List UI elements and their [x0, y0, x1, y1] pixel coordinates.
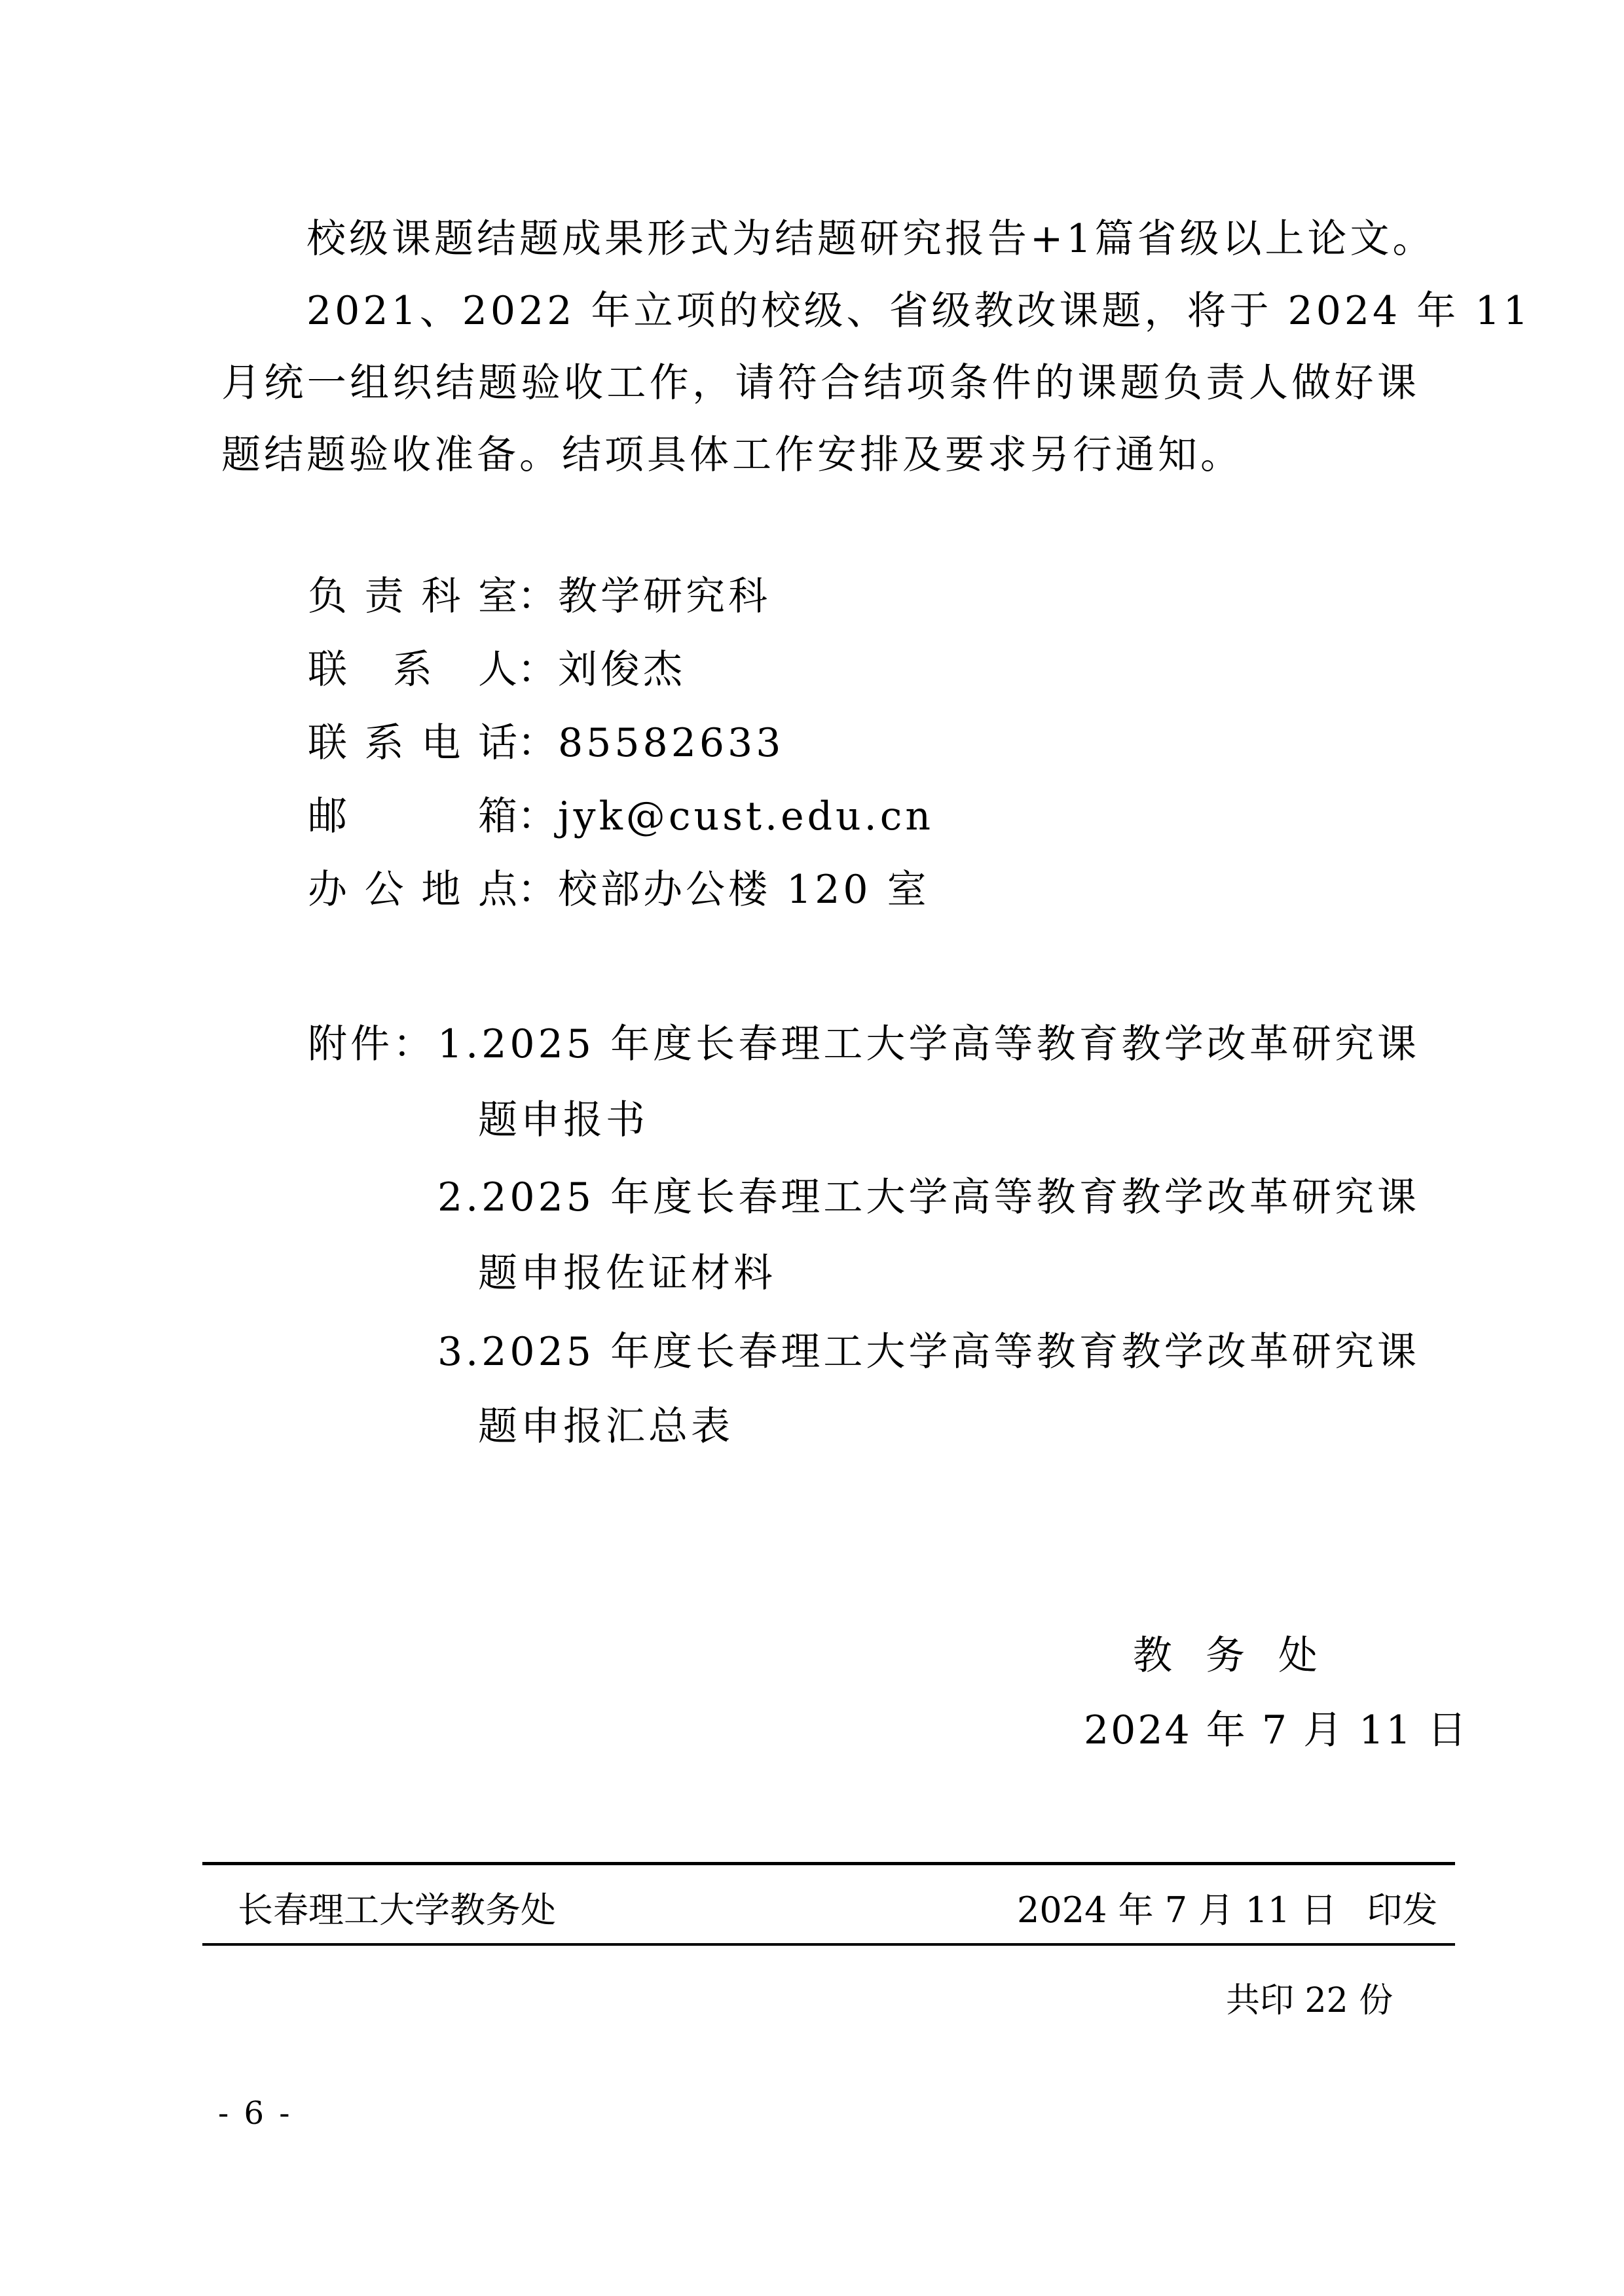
contact-person-value: 刘俊杰 [558, 647, 686, 693]
attachment-1-line-1: 1.2025 年度长春理工大学高等教育教学改革研究课 [437, 1021, 1420, 1067]
contact-person-row: 联 系 人 ： 刘俊杰 [308, 647, 686, 693]
footer-issue-date: 2024 年 7 月 11 日 [1017, 1889, 1337, 1931]
footer-issue-info: 2024 年 7 月 11 日印发 [1017, 1891, 1437, 1930]
contact-phone-value: 85582633 [558, 720, 784, 766]
paragraph-2-line-2: 月统一组织结题验收工作，请符合结项条件的课题负责人做好课 [221, 360, 1420, 406]
attachments-label: 附件： [308, 1021, 435, 1067]
contact-label: 负责科室 [308, 574, 517, 619]
contact-office-value: 校部办公楼 120 室 [558, 867, 930, 913]
footer-issuer: 长春理工大学教务处 [238, 1891, 556, 1930]
contact-label: 办公地点 [308, 867, 517, 913]
signature-date: 2024 年 7 月 11 日 [1084, 1707, 1469, 1753]
contact-label: 联系电话 [308, 720, 517, 766]
signature-organization: 教务处 [1133, 1633, 1318, 1679]
contact-department-row: 负责科室 ： 教学研究科 [308, 574, 771, 619]
contact-phone-row: 联系电话 ： 85582633 [308, 720, 784, 766]
footer-bottom-rule [202, 1943, 1455, 1946]
footer-issue-label: 印发 [1367, 1889, 1437, 1931]
attachment-3-line-2: 题申报汇总表 [478, 1404, 733, 1449]
attachment-2-line-1: 2.2025 年度长春理工大学高等教育教学改革研究课 [437, 1175, 1420, 1220]
contact-label: 邮 箱 [308, 793, 517, 839]
contact-email-row: 邮 箱 ： jyk@cust.edu.cn [308, 793, 934, 839]
print-copies: 共印 22 份 [1226, 1981, 1393, 2020]
paragraph-1-line-1: 校级课题结题成果形式为结题研究报告+1篇省级以上论文。 [306, 216, 1420, 262]
contact-label: 联 系 人 [308, 647, 517, 693]
contact-department-value: 教学研究科 [558, 574, 771, 619]
paragraph-2-line-3: 题结题验收准备。结项具体工作安排及要求另行通知。 [221, 432, 1420, 478]
document-page: 校级课题结题成果形式为结题研究报告+1篇省级以上论文。 2021、2022 年立… [0, 0, 1624, 2296]
contact-colon: ： [517, 574, 558, 619]
contact-colon: ： [517, 647, 558, 693]
contact-colon: ： [517, 720, 558, 766]
contact-colon: ： [517, 793, 558, 839]
attachment-2-line-2: 题申报佐证材料 [478, 1250, 776, 1296]
contact-colon: ： [517, 867, 558, 913]
paragraph-2-line-1: 2021、2022 年立项的校级、省级教改课题，将于 2024 年 11 [306, 288, 1420, 334]
attachment-1-line-2: 题申报书 [478, 1097, 648, 1143]
contact-office-row: 办公地点 ： 校部办公楼 120 室 [308, 867, 930, 913]
contact-email-value: jyk@cust.edu.cn [558, 793, 934, 839]
page-number: - 6 - [218, 2095, 293, 2132]
footer-top-rule [202, 1862, 1455, 1865]
attachment-3-line-1: 3.2025 年度长春理工大学高等教育教学改革研究课 [437, 1329, 1420, 1375]
